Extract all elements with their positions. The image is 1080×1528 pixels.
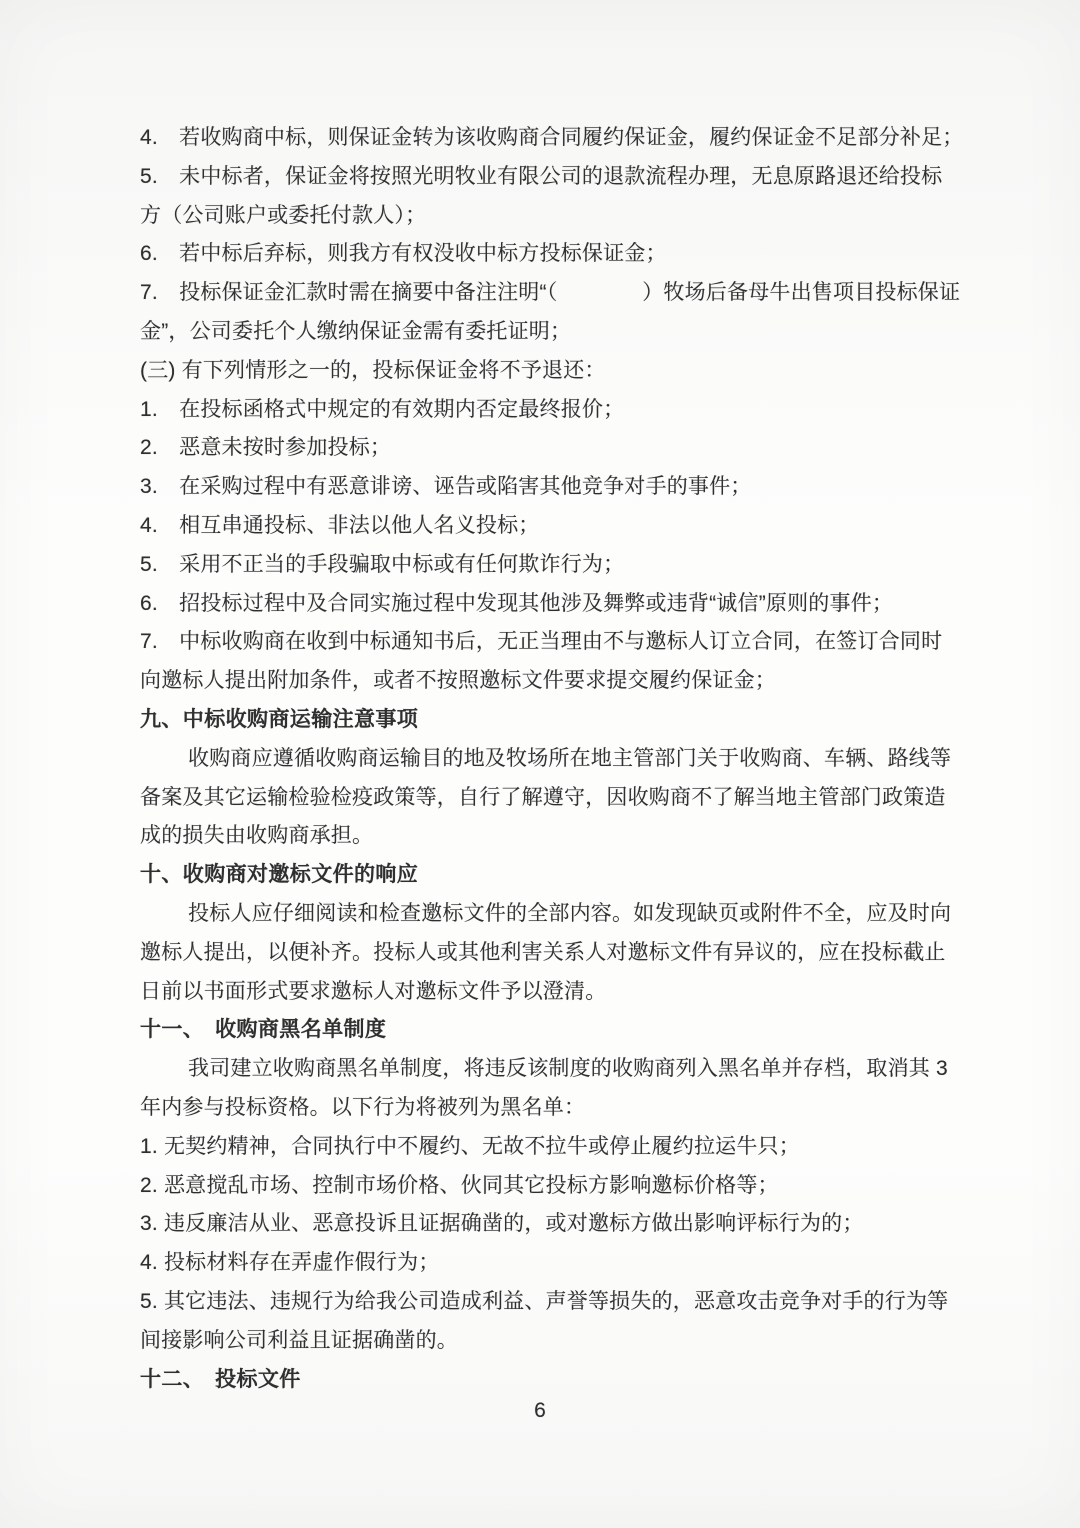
- text-line: 方（公司账户或委托付款人）；: [140, 197, 952, 236]
- text-line: 邀标人提出，以便补齐。投标人或其他利害关系人对邀标文件有异议的，应在投标截止: [140, 934, 952, 973]
- text-line: 7. 中标收购商在收到中标通知书后，无正当理由不与邀标人订立合同，在签订合同时: [140, 623, 952, 662]
- text-line: 2. 恶意未按时参加投标；: [140, 429, 952, 468]
- text-line: 6. 若中标后弃标，则我方有权没收中标方投标保证金；: [140, 235, 952, 274]
- text-line: 间接影响公司利益且证据确凿的。: [140, 1322, 952, 1361]
- text-line: (三) 有下列情形之一的，投标保证金将不予退还：: [140, 352, 952, 391]
- text-line: 3. 在采购过程中有恶意诽谤、诬告或陷害其他竞争对手的事件；: [140, 468, 952, 507]
- section-heading: 十一、 收购商黑名单制度: [140, 1011, 952, 1050]
- text-line: 收购商应遵循收购商运输目的地及牧场所在地主管部门关于收购商、车辆、路线等: [140, 740, 952, 779]
- document-page: 4. 若收购商中标，则保证金转为该收购商合同履约保证金，履约保证金不足部分补足；…: [0, 0, 1080, 1528]
- text-line: 金”，公司委托个人缴纳保证金需有委托证明；: [140, 313, 952, 352]
- text-line: 6. 招投标过程中及合同实施过程中发现其他涉及舞弊或违背“诚信”原则的事件；: [140, 585, 952, 624]
- section-heading: 十、收购商对邀标文件的响应: [140, 856, 952, 895]
- text-line: 年内参与投标资格。以下行为将被列为黑名单：: [140, 1089, 952, 1128]
- text-line: 4. 若收购商中标，则保证金转为该收购商合同履约保证金，履约保证金不足部分补足；: [140, 119, 952, 158]
- text-line: 1. 无契约精神，合同执行中不履约、无故不拉牛或停止履约拉运牛只；: [140, 1128, 952, 1167]
- text-line: 2. 恶意搅乱市场、控制市场价格、伙同其它投标方影响邀标价格等；: [140, 1167, 952, 1206]
- text-line: 4. 相互串通投标、非法以他人名义投标；: [140, 507, 952, 546]
- text-line: 备案及其它运输检验检疫政策等，自行了解遵守，因收购商不了解当地主管部门政策造: [140, 779, 952, 818]
- text-line: 我司建立收购商黑名单制度，将违反该制度的收购商列入黑名单并存档，取消其 3: [140, 1050, 952, 1089]
- text-line: 投标人应仔细阅读和检查邀标文件的全部内容。如发现缺页或附件不全，应及时向: [140, 895, 952, 934]
- text-line: 7. 投标保证金汇款时需在摘要中备注注明“（ ）牧场后备母牛出售项目投标保证: [140, 274, 952, 313]
- text-line: 日前以书面形式要求邀标人对邀标文件予以澄清。: [140, 973, 952, 1012]
- text-line: 4. 投标材料存在弄虚作假行为；: [140, 1244, 952, 1283]
- text-line: 1. 在投标函格式中规定的有效期内否定最终报价；: [140, 391, 952, 430]
- section-heading: 九、中标收购商运输注意事项: [140, 701, 952, 740]
- text-line: 向邀标人提出附加条件，或者不按照邀标文件要求提交履约保证金；: [140, 662, 952, 701]
- text-line: 3. 违反廉洁从业、恶意投诉且证据确凿的，或对邀标方做出影响评标行为的；: [140, 1205, 952, 1244]
- text-line: 成的损失由收购商承担。: [140, 817, 952, 856]
- text-line: 5. 未中标者，保证金将按照光明牧业有限公司的退款流程办理，无息原路退还给投标: [140, 158, 952, 197]
- page-number: 6: [0, 1392, 1080, 1430]
- text-line: 5. 其它违法、违规行为给我公司造成利益、声誉等损失的，恶意攻击竞争对手的行为等: [140, 1283, 952, 1322]
- text-line: 5. 采用不正当的手段骗取中标或有任何欺诈行为；: [140, 546, 952, 585]
- document-body: 4. 若收购商中标，则保证金转为该收购商合同履约保证金，履约保证金不足部分补足；…: [140, 119, 952, 1399]
